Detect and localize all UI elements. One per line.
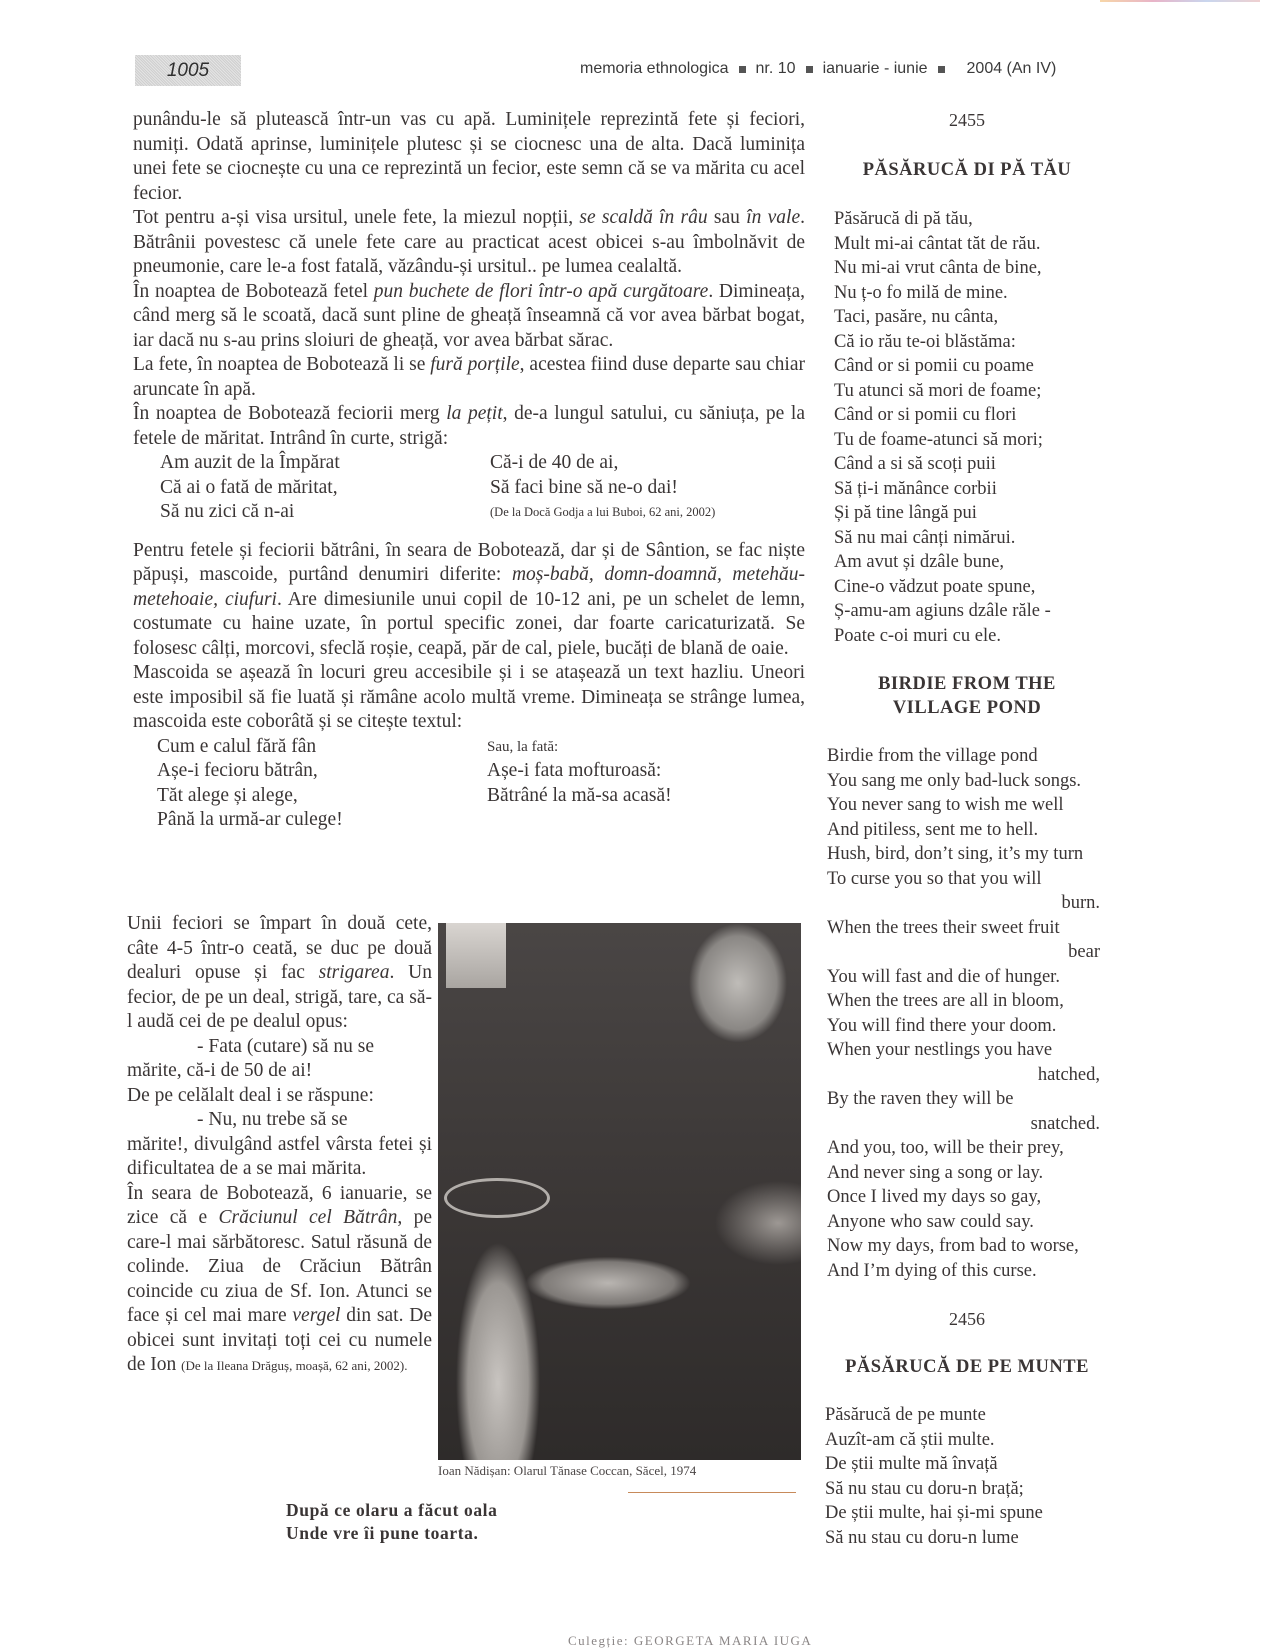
verse-line: Așe-i fecioru bătrân, bbox=[157, 759, 487, 784]
paragraph: Pentru fetele și feciorii bătrâni, în se… bbox=[133, 539, 805, 662]
poem-line: Anyone who saw could say. bbox=[827, 1210, 1112, 1235]
paragraph: În noaptea de Bobotează feciorii merg la… bbox=[133, 402, 805, 451]
collector-credit: Culegție: GEORGETA MARIA IUGA bbox=[568, 1633, 812, 1648]
poem-line: To curse you so that you will bbox=[827, 867, 1112, 892]
poem-line: And pitiless, sent me to hell. bbox=[827, 818, 1112, 843]
poem-line: Taci, pasăre, nu cânta, bbox=[834, 305, 1112, 330]
page-number: 1005 bbox=[167, 60, 209, 82]
song-title: BIRDIE FROM THE VILLAGE POND bbox=[822, 672, 1112, 720]
paragraph: Tot pentru a-și visa ursitul, unele fete… bbox=[133, 206, 805, 280]
poem-line: Că io rău te-oi blăstăma: bbox=[834, 330, 1112, 355]
running-header: memoria ethnologica nr. 10 ianuarie - iu… bbox=[580, 60, 1056, 78]
verse-source: (De la Docă Godja a lui Buboi, 62 ani, 2… bbox=[490, 500, 805, 525]
poem-line: Când or si pomii cu flori bbox=[834, 403, 1112, 428]
shout-line: mărite, că-i de 50 de ai! bbox=[127, 1059, 432, 1084]
verse-line: Așe-i fata mofturoasă: bbox=[487, 759, 805, 784]
poem-line: You will fast and die of hunger. bbox=[827, 965, 1112, 990]
verse-line: Că ai o fată de măritat, bbox=[160, 476, 490, 501]
poem-line: And I’m dying of this curse. bbox=[827, 1259, 1112, 1284]
poem-line: Nu ț-o fo milă de mine. bbox=[834, 281, 1112, 306]
paragraph: Unii feciori se împart în două cete, cât… bbox=[127, 912, 432, 1035]
potter-photograph bbox=[438, 923, 801, 1460]
poem-line: Să nu mai cânți nimărui. bbox=[834, 526, 1112, 551]
paragraph: În seara de Bobotează, 6 ianuarie, se zi… bbox=[127, 1182, 432, 1378]
poem-lines: Păsărucă de pe munteAuzît-am că știi mul… bbox=[822, 1403, 1112, 1550]
poem-line: Să ți-i mănânce corbii bbox=[834, 477, 1112, 502]
shout-line: - Nu, nu trebe să se bbox=[127, 1108, 432, 1133]
poem-line: When your nestlings you have bbox=[827, 1038, 1112, 1063]
poem-line: bear bbox=[827, 940, 1112, 965]
poem-line: You sang me only bad-luck songs. bbox=[827, 769, 1112, 794]
poem-line: Cine-o vădzut poate spune, bbox=[834, 575, 1112, 600]
poem-line: Ș-amu-am agiuns dzâle răle - bbox=[834, 599, 1112, 624]
poem-line: Mult mi-ai cântat tăt de rău. bbox=[834, 232, 1112, 257]
poem-line: De știi multe mă învață bbox=[825, 1452, 1112, 1477]
verse-line: Să faci bine să ne-o dai! bbox=[490, 476, 805, 501]
poem-line: hatched, bbox=[827, 1063, 1112, 1088]
poem-line: Și pă tine lângă pui bbox=[834, 501, 1112, 526]
verse-line: Cum e calul fără fân bbox=[157, 735, 487, 760]
song-number: 2455 bbox=[822, 108, 1112, 132]
paragraph: mărite!, divulgând astfel vârsta fetei ș… bbox=[127, 1133, 432, 1182]
paragraph: În noaptea de Bobotează fetel pun buchet… bbox=[133, 280, 805, 354]
poem-line: De știi multe, hai și-mi spune bbox=[825, 1501, 1112, 1526]
proverb: După ce olaru a făcut oala Unde vre îi p… bbox=[286, 1499, 498, 1545]
song-number: 2456 bbox=[822, 1307, 1112, 1331]
poem-lines: Păsărucă di pă tău,Mult mi-ai cântat tăt… bbox=[822, 207, 1112, 648]
right-column-songs: 2455 PĂSĂRUCĂ DI PĂ TĂU Păsărucă di pă t… bbox=[822, 108, 1112, 1550]
verse-line: Să nu zici că n-ai bbox=[160, 500, 490, 525]
square-bullet-icon bbox=[806, 66, 813, 73]
poem-line: Poate c-oi muri cu ele. bbox=[834, 624, 1112, 649]
poem-line: Păsărucă di pă tău, bbox=[834, 207, 1112, 232]
square-bullet-icon bbox=[938, 66, 945, 73]
poem-line: Birdie from the village pond bbox=[827, 744, 1112, 769]
page-edge-color-strip bbox=[1100, 0, 1260, 2]
verse-block: Cum e calul fără fân Așe-i fecioru bătrâ… bbox=[133, 735, 805, 833]
verse-line: Tăt alege și alege, bbox=[157, 784, 487, 809]
page-number-badge: 1005 bbox=[135, 55, 241, 86]
proverb-line: După ce olaru a făcut oala bbox=[286, 1499, 498, 1522]
verse-line: Am auzit de la Împărat bbox=[160, 451, 490, 476]
verse-line: Că-i de 40 de ai, bbox=[490, 451, 805, 476]
verse-label: Sau, la fată: bbox=[487, 735, 805, 760]
square-bullet-icon bbox=[739, 66, 746, 73]
poem-line: Tu de foame-atunci să mori; bbox=[834, 428, 1112, 453]
verse-block: Am auzit de la Împărat Că ai o fată de m… bbox=[133, 451, 805, 525]
poem-line: You never sang to wish me well bbox=[827, 793, 1112, 818]
poem-line: Hush, bird, don’t sing, it’s my turn bbox=[827, 842, 1112, 867]
main-text-column: punându-le să plutească într-un vas cu a… bbox=[133, 108, 805, 833]
reply-intro: De pe celălalt deal i se răspune: bbox=[127, 1084, 432, 1109]
poem-line: By the raven they will be bbox=[827, 1087, 1112, 1112]
shout-line: - Fata (cutare) să nu se bbox=[127, 1035, 432, 1060]
poem-line: Când or si pomii cu poame bbox=[834, 354, 1112, 379]
translation-lines: Birdie from the village pondYou sang me … bbox=[822, 744, 1112, 1283]
poem-line: When the trees their sweet fruit bbox=[827, 916, 1112, 941]
poem-line: And you, too, will be their prey, bbox=[827, 1136, 1112, 1161]
poem-line: Când a si să scoți puii bbox=[834, 452, 1112, 477]
poem-line: Să nu stau cu doru-n brață; bbox=[825, 1477, 1112, 1502]
paragraph: La fete, în noaptea de Bobotează li se f… bbox=[133, 353, 805, 402]
poem-line: Să nu stau cu doru-n lume bbox=[825, 1526, 1112, 1551]
poem-line: You will find there your doom. bbox=[827, 1014, 1112, 1039]
proverb-line: Unde vre îi pune toarta. bbox=[286, 1522, 498, 1545]
poem-line: burn. bbox=[827, 891, 1112, 916]
poem-line: snatched. bbox=[827, 1112, 1112, 1137]
issue-period: ianuarie - iunie bbox=[823, 60, 928, 78]
poem-line: Am avut și dzâle bune, bbox=[834, 550, 1112, 575]
paragraph: punându-le să plutească într-un vas cu a… bbox=[133, 108, 805, 206]
photo-caption: Ioan Nădișan: Olarul Tănase Coccan, Săce… bbox=[438, 1463, 696, 1479]
issue-year: 2004 (An IV) bbox=[967, 60, 1057, 78]
photo-pot-detail bbox=[444, 1178, 550, 1218]
poem-line: Tu atunci să mori de foame; bbox=[834, 379, 1112, 404]
verse-line: Până la urmă-ar culege! bbox=[157, 808, 487, 833]
verse-line: Bătrâné la mă-sa acasă! bbox=[487, 784, 805, 809]
footnote-rule bbox=[628, 1492, 796, 1493]
poem-line: When the trees are all in bloom, bbox=[827, 989, 1112, 1014]
poem-line: Now my days, from bad to worse, bbox=[827, 1234, 1112, 1259]
paragraph: Mascoida se așează în locuri greu accesi… bbox=[133, 661, 805, 735]
song-title: PĂSĂRUCĂ DI PĂ TĂU bbox=[822, 158, 1112, 182]
poem-line: And never sing a song or lay. bbox=[827, 1161, 1112, 1186]
poem-line: Once I lived my days so gay, bbox=[827, 1185, 1112, 1210]
issue-number: nr. 10 bbox=[756, 60, 796, 78]
poem-line: Nu mi-ai vrut cânta de bine, bbox=[834, 256, 1112, 281]
photo-window-detail bbox=[446, 923, 506, 988]
journal-name: memoria ethnologica bbox=[580, 60, 729, 78]
source-citation: (De la Ileana Drăguș, moașă, 62 ani, 200… bbox=[181, 1358, 407, 1373]
song-title: PĂSĂRUCĂ DE PE MUNTE bbox=[822, 1355, 1112, 1379]
poem-line: Auzît-am că știi multe. bbox=[825, 1428, 1112, 1453]
narrow-text-column: Unii feciori se împart în două cete, cât… bbox=[127, 912, 432, 1378]
poem-line: Păsărucă de pe munte bbox=[825, 1403, 1112, 1428]
